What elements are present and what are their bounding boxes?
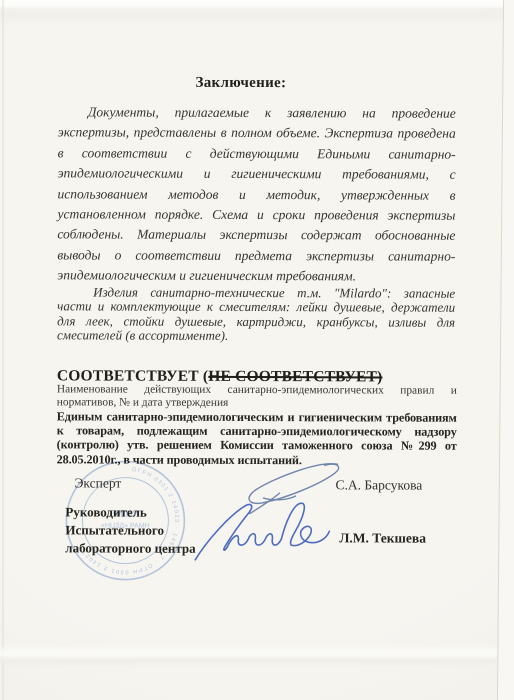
verdict-negative-struck: НЕ СООТВЕТСТВУЕТ)	[208, 368, 382, 386]
regulations-caption: Наименование действующих санитарно-эпиде…	[57, 383, 457, 411]
conclusion-paragraph: Документы, прилагаемые к заявлению на пр…	[57, 102, 456, 287]
stamp-center-line2: «НЦЗД» РАМН	[101, 522, 150, 529]
signer-name-head: Л.М. Текшева	[339, 530, 426, 546]
stamp-inner-ring	[82, 477, 168, 563]
stamp-center-line1: ФГБУ	[113, 509, 138, 519]
verdict-positive: СООТВЕТСТВУЕТ	[57, 367, 199, 384]
head-signature-ink	[189, 496, 337, 569]
round-stamp: · ОГРН 0301 2 14023 · 148 М 7 · ОГРН 030…	[63, 458, 187, 582]
scanned-page: Заключение: Документы, прилагаемые к зая…	[0, 0, 514, 700]
stamp-outer-ring	[66, 461, 184, 579]
document-title: Заключение:	[42, 74, 440, 92]
document-sheet: Заключение: Документы, прилагаемые к зая…	[0, 0, 514, 700]
product-paragraph: Изделия санитарно-технические т.м. "Mila…	[57, 285, 455, 344]
svg-text:· ОГРН 0301 2 14023 · 148 М 7: · ОГРН 0301 2 14023 · 148 М 7 · ОГРН 030…	[78, 466, 180, 574]
stamp-ring-text: · ОГРН 0301 2 14023 · 148 М 7 · ОГРН 030…	[78, 466, 180, 574]
verdict-open-paren: (	[199, 368, 208, 385]
